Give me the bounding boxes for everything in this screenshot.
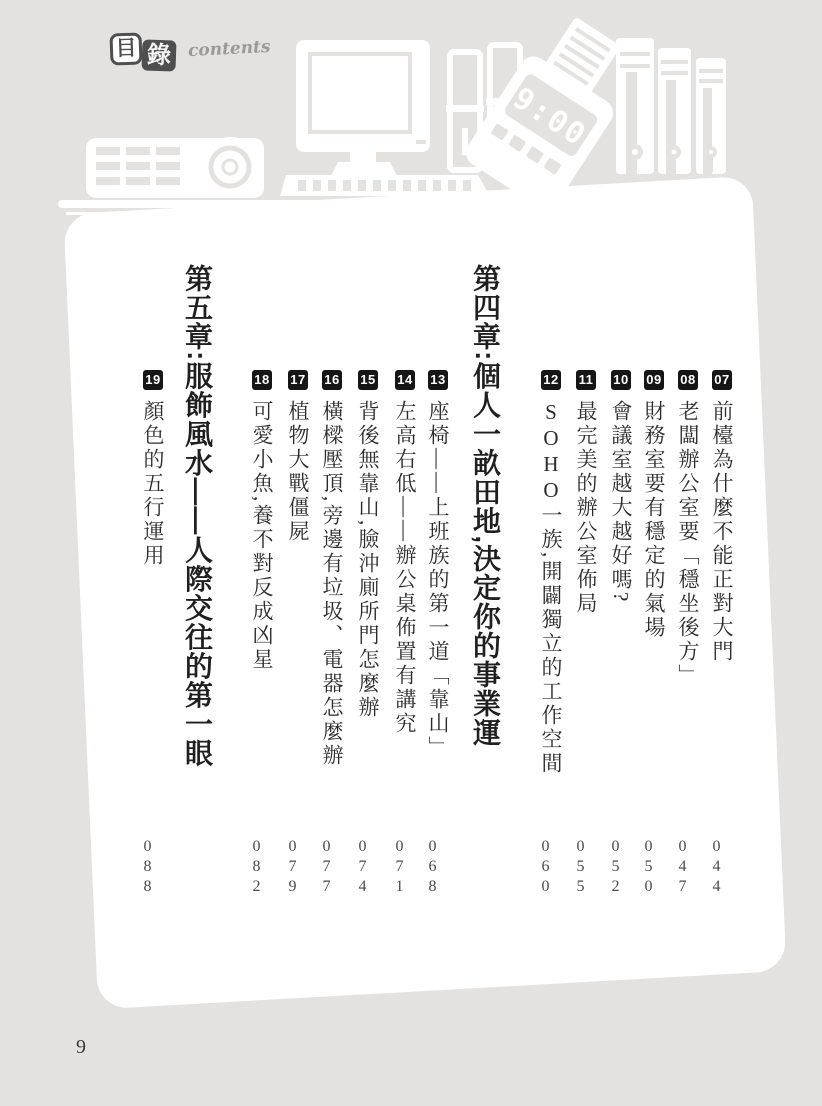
- toc-entry: 12 SOHO一族,開闢獨立的工作空間: [531, 370, 571, 776]
- entry-page-number: 047: [673, 838, 691, 898]
- chapter-title-4: 第四章:個人一畝田地,決定你的事業運: [465, 264, 505, 747]
- toc-content: 第四章:個人一畝田地,決定你的事業運 第五章:服飾風水——人際交往的第一眼 07…: [0, 0, 822, 1106]
- toc-entry: 11 最完美的辦公室佈局: [566, 370, 606, 616]
- entry-page-number: 071: [390, 838, 408, 898]
- toc-entry: 08 老闆辦公室要「穩坐後方」: [668, 370, 708, 688]
- toc-entry: 18 可愛小魚,養不對反成凶星: [242, 370, 282, 672]
- entry-number-badge: 18: [252, 370, 272, 390]
- entry-page-number: 088: [138, 838, 156, 898]
- entry-number-badge: 17: [288, 370, 308, 390]
- entry-number-badge: 10: [611, 370, 631, 390]
- entry-title: 財務室要有穩定的氣場: [639, 400, 669, 640]
- entry-number-badge: 16: [322, 370, 342, 390]
- entry-title: 橫樑壓頂,旁邊有垃圾、電器怎麼辦: [317, 400, 347, 768]
- entry-page-number: 079: [283, 838, 301, 898]
- toc-entry: 19 顏色的五行運用: [133, 370, 173, 568]
- entry-title: 顏色的五行運用: [138, 400, 168, 568]
- entry-number-badge: 13: [428, 370, 448, 390]
- entry-title: 最完美的辦公室佈局: [571, 400, 601, 616]
- toc-entry: 17 植物大戰僵屍: [278, 370, 318, 544]
- entry-title: 座椅——上班族的第一道「靠山」: [423, 400, 453, 760]
- entry-title: 背後無靠山,臉沖廁所門怎麼辦: [353, 400, 383, 720]
- entry-page-number: 055: [571, 838, 589, 898]
- entry-title: 植物大戰僵屍: [283, 400, 313, 544]
- entry-page-number: 050: [639, 838, 657, 898]
- folio-page-number: 9: [76, 1036, 86, 1059]
- toc-entry: 10 會議室越大越好嗎?: [601, 370, 641, 604]
- toc-entry: 15 背後無靠山,臉沖廁所門怎麼辦: [348, 370, 388, 720]
- entry-number-badge: 15: [358, 370, 378, 390]
- entry-page-number: 052: [606, 838, 624, 898]
- entry-number-badge: 09: [644, 370, 664, 390]
- entry-number-badge: 11: [576, 370, 596, 390]
- entry-title: 老闆辦公室要「穩坐後方」: [673, 400, 703, 688]
- page-background: 9:00: [0, 0, 822, 1106]
- entry-title: 左高右低——辦公桌佈置有講究: [390, 400, 420, 736]
- entry-page-number: 074: [353, 838, 371, 898]
- entry-title: 會議室越大越好嗎?: [606, 400, 636, 604]
- entry-number-badge: 19: [143, 370, 163, 390]
- entry-number-badge: 07: [712, 370, 732, 390]
- toc-entry: 16 橫樑壓頂,旁邊有垃圾、電器怎麼辦: [312, 370, 352, 768]
- entry-number-badge: 12: [541, 370, 561, 390]
- entry-title: SOHO一族,開闢獨立的工作空間: [536, 400, 566, 776]
- toc-entry: 14 左高右低——辦公桌佈置有講究: [385, 370, 425, 736]
- entry-title: 可愛小魚,養不對反成凶星: [247, 400, 277, 672]
- entry-page-number: 077: [317, 838, 335, 898]
- entry-page-number: 060: [536, 838, 554, 898]
- entry-title: 前檯為什麼不能正對大門: [707, 400, 737, 664]
- entry-number-badge: 14: [395, 370, 415, 390]
- entry-page-number: 082: [247, 838, 265, 898]
- entry-page-number: 044: [707, 838, 725, 898]
- entry-number-badge: 08: [678, 370, 698, 390]
- entry-page-number: 068: [423, 838, 441, 898]
- toc-entry: 07 前檯為什麼不能正對大門: [702, 370, 742, 664]
- chapter-title-5: 第五章:服飾風水——人際交往的第一眼: [177, 264, 217, 767]
